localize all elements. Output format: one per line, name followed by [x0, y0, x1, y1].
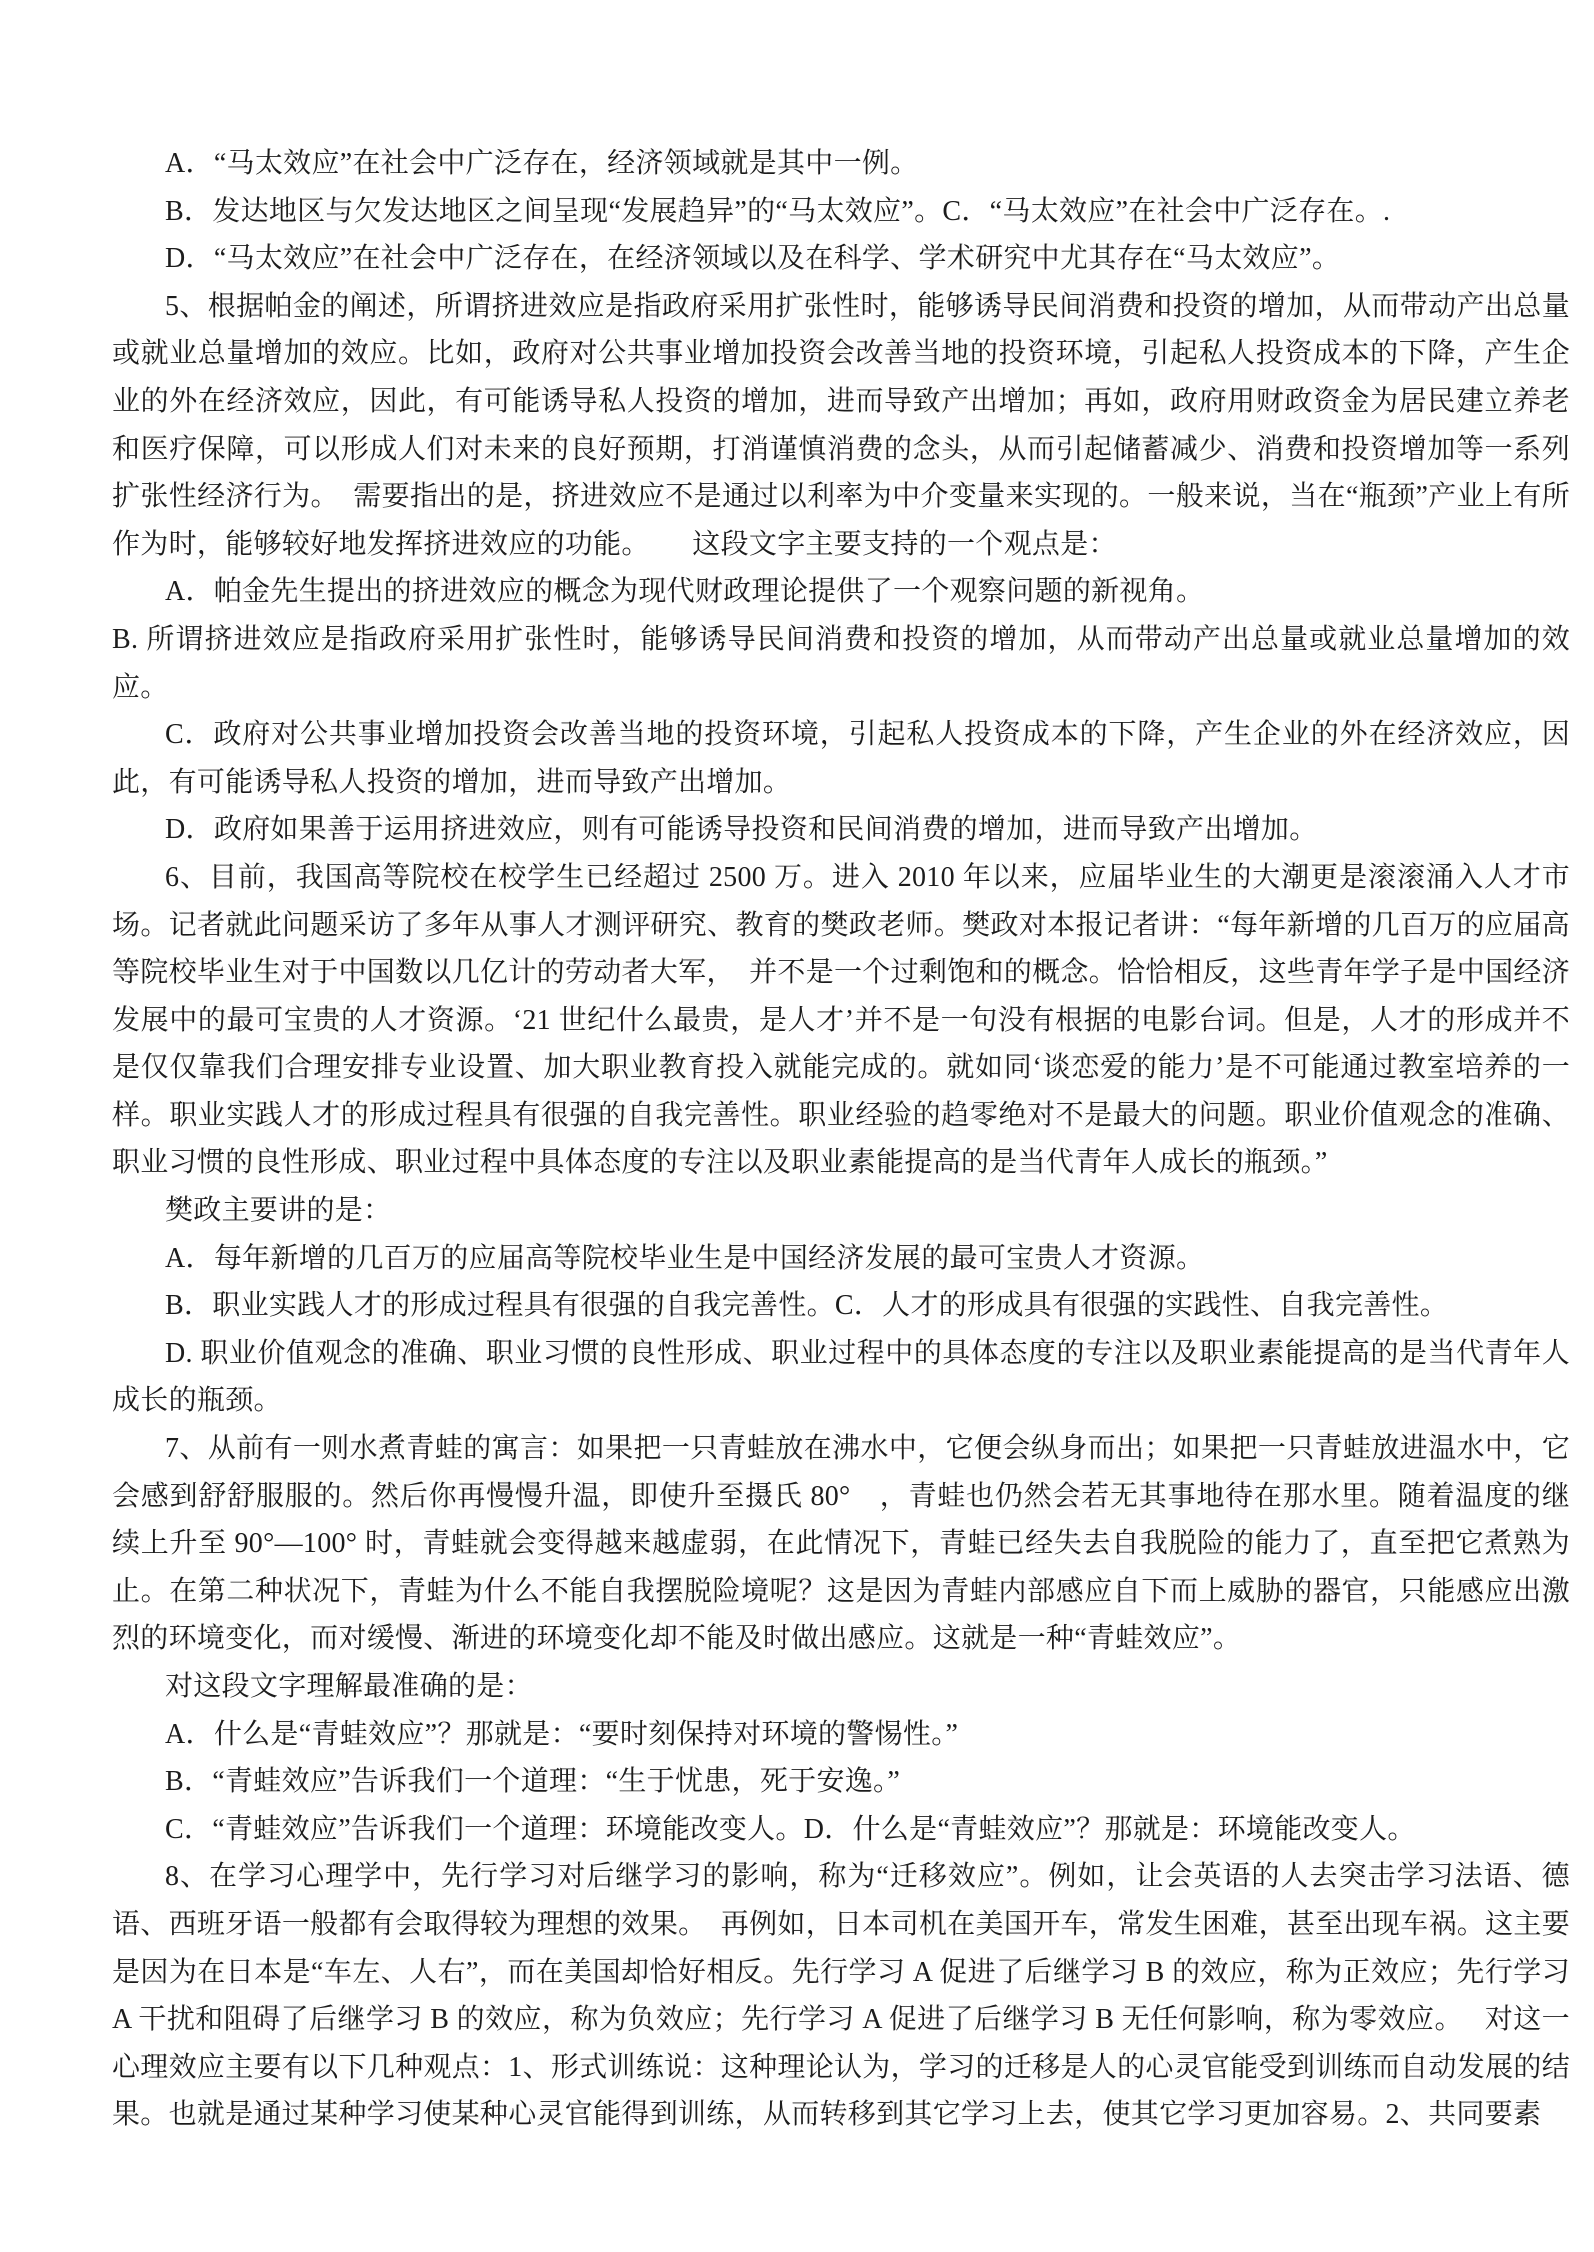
question-6-prompt: 樊政主要讲的是： — [112, 1187, 1570, 1235]
question-7-prompt: 对这段文字理解最准确的是： — [112, 1663, 1570, 1711]
q7-option-a: A．什么是“青蛙效应”？那就是：“要时刻保持对环境的警惕性。” — [112, 1711, 1570, 1759]
q7-option-b: B．“青蛙效应”告诉我们一个道理：“生于忧患，死于安逸。” — [112, 1758, 1570, 1806]
q6-option-a: A．每年新增的几百万的应届高等院校毕业生是中国经济发展的最可宝贵人才资源。 — [112, 1235, 1570, 1283]
q4-option-b-c: B．发达地区与欠发达地区之间呈现“发展趋异”的“马太效应”。C．“马太效应”在社… — [112, 188, 1570, 236]
q6-option-b-c: B．职业实践人才的形成过程具有很强的自我完善性。C．人才的形成具有很强的实践性、… — [112, 1282, 1570, 1330]
q5-option-d: D．政府如果善于运用挤进效应，则有可能诱导投资和民间消费的增加，进而导致产出增加… — [112, 806, 1570, 854]
q5-option-c: C．政府对公共事业增加投资会改善当地的投资环境，引起私人投资成本的下降，产生企业… — [112, 711, 1570, 806]
q7-option-c-d: C．“青蛙效应”告诉我们一个道理：环境能改变人。D．什么是“青蛙效应”？那就是：… — [112, 1806, 1570, 1854]
q4-option-d: D．“马太效应”在社会中广泛存在，在经济领域以及在科学、学术研究中尤其存在“马太… — [112, 235, 1570, 283]
q4-option-a: A．“马太效应”在社会中广泛存在，经济领域就是其中一例。 — [112, 140, 1570, 188]
q5-option-b: B. 所谓挤进效应是指政府采用扩张性时，能够诱导民间消费和投资的增加，从而带动产… — [112, 616, 1570, 711]
question-5-stem: 5、根据帕金的阐述，所谓挤进效应是指政府采用扩张性时，能够诱导民间消费和投资的增… — [112, 283, 1570, 569]
question-8-stem: 8、在学习心理学中，先行学习对后继学习的影响，称为“迁移效应”。例如，让会英语的… — [112, 1853, 1570, 2139]
q6-option-d: D. 职业价值观念的准确、职业习惯的良性形成、职业过程中的具体态度的专注以及职业… — [112, 1330, 1570, 1425]
q5-option-a: A．帕金先生提出的挤进效应的概念为现代财政理论提供了一个观察问题的新视角。 — [112, 568, 1570, 616]
question-6-stem: 6、目前，我国高等院校在校学生已经超过 2500 万。进入 2010 年以来，应… — [112, 854, 1570, 1187]
question-7-stem: 7、从前有一则水煮青蛙的寓言：如果把一只青蛙放在沸水中，它便会纵身而出；如果把一… — [112, 1425, 1570, 1663]
document-text-block: A．“马太效应”在社会中广泛存在，经济领域就是其中一例。 B．发达地区与欠发达地… — [112, 140, 1570, 2139]
document-page: A．“马太效应”在社会中广泛存在，经济领域就是其中一例。 B．发达地区与欠发达地… — [0, 0, 1594, 2252]
